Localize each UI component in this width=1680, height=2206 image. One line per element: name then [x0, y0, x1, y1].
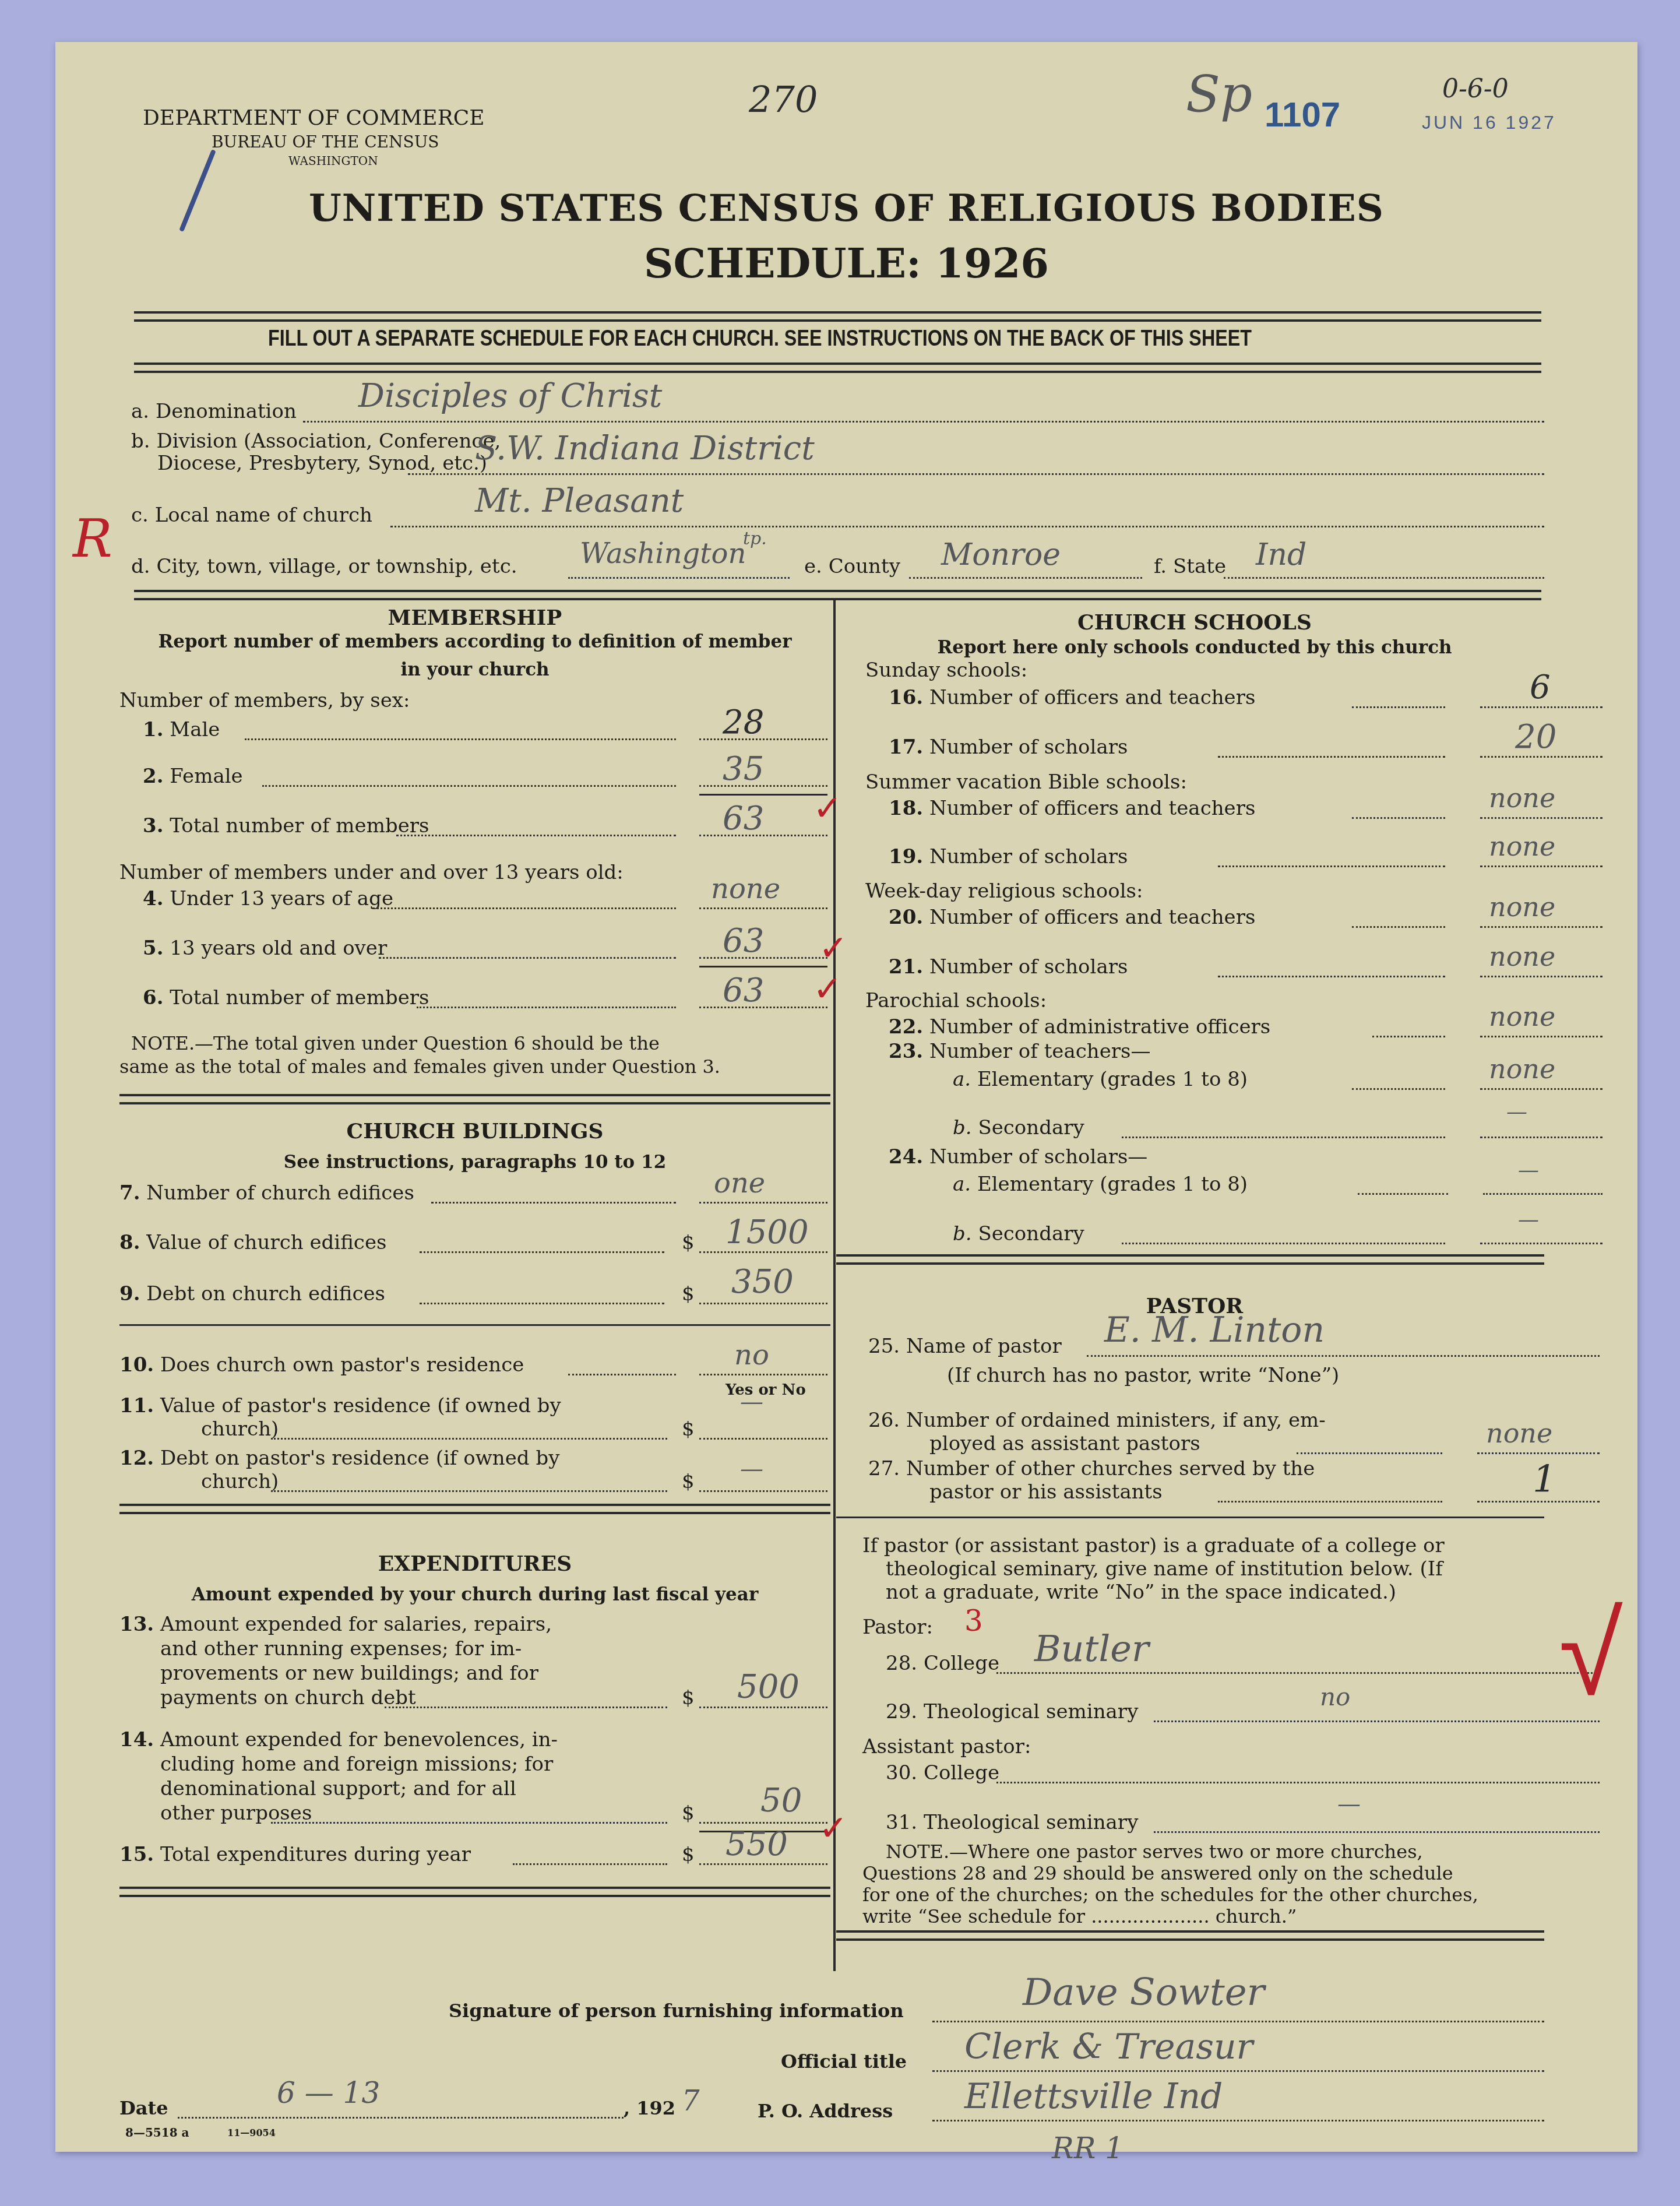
- summer-scholars-field[interactable]: none: [1489, 831, 1555, 862]
- file-number: 270: [749, 78, 818, 121]
- bureau-city: WASHINGTON: [288, 154, 378, 168]
- q2-number: 2.: [143, 765, 164, 788]
- q18-number: 18.: [889, 797, 923, 820]
- form-schedule-year: SCHEDULE: 1926: [55, 239, 1637, 287]
- q27-leader: [1218, 1501, 1442, 1503]
- q22-number: 22.: [889, 1015, 923, 1039]
- q21-number: 21.: [889, 955, 923, 979]
- q16-number: 16.: [889, 686, 923, 709]
- q4-label: Under 13 years of age: [170, 887, 393, 910]
- q4-line: [699, 907, 827, 909]
- graduate-note: If pastor (or assistant pastor) is a gra…: [862, 1534, 1445, 1557]
- q12-label: Debt on pastor's residence (if owned by: [160, 1447, 559, 1470]
- q31-label: 31. Theological seminary: [886, 1811, 1138, 1834]
- q8-number: 8.: [119, 1231, 140, 1254]
- q11-leader: [271, 1438, 667, 1440]
- q7-label: Number of church edifices: [146, 1181, 414, 1205]
- by-sex-label: Number of members, by sex:: [119, 689, 410, 712]
- city-field[interactable]: Washington: [580, 537, 746, 570]
- q2-label: Female: [170, 765, 242, 788]
- q21-line: [1480, 976, 1602, 977]
- po-address-line2-field[interactable]: RR 1: [1052, 2131, 1123, 2165]
- code-annotation: 0-6-0: [1442, 74, 1509, 104]
- city-suffix: tp.: [743, 529, 767, 549]
- parochial-secondary-scholars-field[interactable]: —: [1518, 1208, 1539, 1232]
- form-title: UNITED STATES CENSUS OF RELIGIOUS BODIES: [55, 187, 1637, 230]
- state-label: f. State: [1154, 555, 1226, 578]
- rule-banner-bottom: [134, 363, 1541, 373]
- pastor-college-field[interactable]: Butler: [1034, 1627, 1149, 1670]
- q17-line: [1480, 756, 1602, 758]
- q27-label-cont: pastor or his assistants: [929, 1480, 1163, 1504]
- q19-number: 19.: [889, 845, 923, 868]
- pastor-name-line: [1087, 1355, 1600, 1357]
- q13-leader: [385, 1707, 667, 1708]
- q1-leader: [245, 738, 676, 740]
- q7-line: [699, 1202, 827, 1204]
- q26-leader: [1297, 1452, 1442, 1454]
- q28-label: 28. College: [886, 1652, 999, 1675]
- q13-label: Amount expended for salaries, repairs,: [160, 1613, 552, 1636]
- q8-leader: [420, 1251, 664, 1253]
- q15-number: 15.: [119, 1843, 154, 1866]
- q12-label-cont: church): [201, 1470, 279, 1493]
- sunday-scholars-field[interactable]: 20: [1515, 718, 1556, 756]
- assistant-pastors-field[interactable]: none: [1486, 1417, 1552, 1449]
- q23a-label: Elementary (grades 1 to 8): [977, 1068, 1248, 1091]
- under-13-field[interactable]: none: [711, 872, 780, 905]
- q21-leader: [1218, 976, 1445, 977]
- q24-label: Number of scholars—: [929, 1145, 1147, 1169]
- residence-debt-field[interactable]: —: [740, 1455, 763, 1482]
- q18-leader: [1352, 817, 1445, 819]
- po-address-field[interactable]: Ellettsville Ind: [964, 2076, 1223, 2117]
- pastor-seminary-field[interactable]: no: [1320, 1683, 1350, 1711]
- q6-number: 6.: [143, 986, 164, 1009]
- red-checkmark-icon: √: [1559, 1586, 1623, 1722]
- parochial-elementary-scholars-field[interactable]: —: [1518, 1158, 1539, 1182]
- q30-label: 30. College: [886, 1761, 999, 1785]
- q24a-line: [1483, 1193, 1602, 1195]
- church-edifices-count-field[interactable]: one: [714, 1167, 765, 1199]
- owns-residence-field[interactable]: no: [734, 1339, 769, 1371]
- county-field[interactable]: Monroe: [941, 537, 1061, 572]
- q11-label-cont: church): [201, 1417, 279, 1441]
- rule-expenditures-bottom: [119, 1887, 830, 1897]
- state-field[interactable]: Ind: [1256, 537, 1306, 572]
- q24a-letter: a.: [953, 1173, 971, 1196]
- summer-schools-label: Summer vacation Bible schools:: [865, 770, 1187, 794]
- q13-dollar-sign: $: [682, 1686, 695, 1709]
- stamp-initials: Sp: [1186, 65, 1252, 124]
- male-members-field[interactable]: 28: [723, 703, 764, 741]
- pastor-note-cont-1: Questions 28 and 29 should be answered o…: [862, 1862, 1453, 1885]
- q9-label: Debt on church edifices: [146, 1282, 385, 1306]
- q14-dollar-sign: $: [682, 1802, 695, 1825]
- q9-line: [699, 1303, 827, 1304]
- q20-number: 20.: [889, 906, 923, 929]
- q23b-letter: b.: [953, 1116, 972, 1139]
- q21-label: Number of scholars: [929, 955, 1128, 979]
- q11-number: 11.: [119, 1394, 154, 1417]
- denomination-field[interactable]: Disciples of Christ: [358, 377, 662, 415]
- q23b-leader: [1122, 1137, 1445, 1138]
- print-number: 11—9054: [227, 2127, 276, 2138]
- q14-line: [699, 1822, 827, 1824]
- q8-label: Value of church edifices: [146, 1231, 386, 1254]
- q17-label: Number of scholars: [929, 736, 1128, 759]
- official-title-label: Official title: [781, 2050, 907, 2073]
- q17-number: 17.: [889, 736, 923, 759]
- q14-label-cont-3: other purposes: [160, 1802, 312, 1825]
- signature-line: [932, 2021, 1544, 2022]
- q29-line: [1154, 1721, 1600, 1722]
- q1-label: Male: [170, 718, 220, 741]
- q26-label: 26. Number of ordained ministers, if any…: [868, 1409, 1326, 1432]
- q22-line: [1480, 1036, 1602, 1037]
- q26-label-cont: ployed as assistant pastors: [929, 1432, 1200, 1455]
- q19-line: [1480, 865, 1602, 867]
- edifices-value-field[interactable]: 1500: [725, 1213, 809, 1251]
- q4-number: 4.: [143, 887, 164, 910]
- q16-label: Number of officers and teachers: [929, 686, 1255, 709]
- edifices-debt-field[interactable]: 350: [731, 1263, 794, 1301]
- sunday-officers-field[interactable]: 6: [1530, 669, 1551, 706]
- official-title-line: [932, 2070, 1544, 2072]
- q3-number: 3.: [143, 814, 164, 838]
- total-expenditures-field[interactable]: 550: [725, 1825, 788, 1863]
- q12-line: [699, 1490, 827, 1492]
- membership-note: NOTE.—The total given under Question 6 s…: [131, 1032, 660, 1055]
- parochial-admin-field[interactable]: none: [1489, 1001, 1555, 1032]
- rule-buildings-bottom: [119, 1504, 830, 1514]
- pastor-name-field[interactable]: E. M. Linton: [1104, 1310, 1325, 1350]
- q24b-label: Secondary: [978, 1222, 1084, 1246]
- date-year-field[interactable]: 7: [682, 2085, 700, 2117]
- q24b-line: [1480, 1243, 1602, 1244]
- q14-label-cont-1: cluding home and foreign missions; for: [160, 1753, 553, 1776]
- pastor-note-cont-3: write “See schedule for ................…: [862, 1905, 1297, 1928]
- q22-label: Number of administrative officers: [929, 1015, 1270, 1039]
- assistant-seminary-field[interactable]: —: [1337, 1790, 1361, 1817]
- residence-value-field[interactable]: —: [740, 1388, 763, 1415]
- membership-note-cont: same as the total of males and females g…: [119, 1055, 720, 1078]
- q16-leader: [1352, 706, 1445, 708]
- q13-line: [699, 1707, 827, 1708]
- pastor-subsection-label: Pastor:: [862, 1616, 933, 1639]
- yes-no-hint: Yes or No: [725, 1381, 806, 1399]
- q15-label: Total expenditures during year: [160, 1843, 471, 1866]
- q15-dollar-sign: $: [682, 1843, 695, 1866]
- q24a-leader: [1358, 1193, 1448, 1195]
- q27-label: 27. Number of other churches served by t…: [868, 1457, 1315, 1480]
- date-line: [178, 2117, 624, 2119]
- red-checkmark-icon: ✓: [819, 928, 848, 969]
- local-name-label: c. Local name of church: [131, 504, 372, 527]
- q7-number: 7.: [119, 1181, 140, 1205]
- city-label: d. City, town, village, or township, etc…: [131, 555, 517, 578]
- census-schedule-sheet: 270 Sp 1107 0-6-0 JUN 16 1927 R DEPARTME…: [55, 42, 1637, 2152]
- q16-line: [1480, 706, 1602, 708]
- date-field[interactable]: 6 — 13: [277, 2076, 380, 2110]
- graduate-note-cont-1: theological seminary, give name of insti…: [886, 1557, 1443, 1581]
- division-field[interactable]: S.W. Indiana District: [475, 430, 815, 467]
- q24-number: 24.: [889, 1145, 923, 1169]
- pastor-name-label: 25. Name of pastor: [868, 1335, 1062, 1358]
- q12-leader: [271, 1490, 667, 1492]
- division-label: b. Division (Association, Conference,: [131, 430, 501, 453]
- local-name-field[interactable]: Mt. Pleasant: [475, 482, 684, 520]
- other-churches-field[interactable]: 1: [1533, 1458, 1556, 1501]
- q2-leader: [262, 785, 676, 787]
- q4-leader: [373, 907, 676, 909]
- summer-officers-field[interactable]: none: [1489, 782, 1555, 814]
- assistant-pastor-label: Assistant pastor:: [862, 1735, 1031, 1758]
- q9-dollar-sign: $: [682, 1282, 695, 1306]
- q23b-label: Secondary: [978, 1116, 1084, 1139]
- q24b-leader: [1122, 1243, 1445, 1244]
- q22-leader: [1372, 1036, 1445, 1037]
- form-number: 8—5518 a: [125, 2126, 189, 2140]
- stamp-number: 1107: [1265, 94, 1340, 135]
- county-label: e. County: [804, 555, 900, 578]
- expenditures-heading: EXPENDITURES: [119, 1551, 830, 1576]
- over-13-field[interactable]: 63: [723, 922, 764, 960]
- q8-line: [699, 1251, 827, 1253]
- q5-sum-rule: [699, 966, 827, 967]
- graduate-note-cont-2: not a graduate, write “No” in the space …: [886, 1581, 1396, 1604]
- q13-number: 13.: [119, 1613, 154, 1636]
- q15-line: [699, 1863, 827, 1865]
- membership-heading: MEMBERSHIP: [119, 606, 830, 630]
- q11-line: [699, 1438, 827, 1440]
- q11-dollar-sign: $: [682, 1417, 695, 1441]
- q30-line: [996, 1782, 1600, 1783]
- rule-identity-bottom: [134, 590, 1541, 600]
- red-checkmark-icon: ✓: [819, 1808, 848, 1849]
- q12-dollar-sign: $: [682, 1470, 695, 1493]
- q10-line: [699, 1374, 827, 1375]
- rule-schools-bottom: [836, 1254, 1544, 1265]
- margin-r-mark: R: [73, 508, 112, 569]
- q13-label-cont-3: payments on church debt: [160, 1686, 416, 1709]
- date-year-prefix: , 192: [624, 2096, 675, 2120]
- expenditures-subheading: Amount expended by your church during la…: [119, 1581, 830, 1609]
- schools-heading: CHURCH SCHOOLS: [839, 610, 1550, 635]
- q10-number: 10.: [119, 1353, 154, 1377]
- department-name: DEPARTMENT OF COMMERCE: [143, 106, 485, 130]
- instructions-banner: FILL OUT A SEPARATE SCHEDULE FOR EACH CH…: [268, 326, 1252, 351]
- age-group-label: Number of members under and over 13 year…: [119, 861, 624, 884]
- county-line: [909, 577, 1142, 579]
- q20-label: Number of officers and teachers: [929, 906, 1255, 929]
- parochial-secondary-teachers-field[interactable]: —: [1506, 1100, 1527, 1124]
- pastor-note-cont-2: for one of the churches; on the schedule…: [862, 1883, 1478, 1906]
- q20-leader: [1352, 926, 1445, 928]
- q10-label: Does church own pastor's residence: [160, 1353, 524, 1377]
- denomination-label: a. Denomination: [131, 400, 297, 423]
- sunday-schools-label: Sunday schools:: [865, 659, 1027, 682]
- po-address-label: P. O. Address: [758, 2099, 893, 2123]
- rule-pastor-mid: [836, 1517, 1544, 1518]
- q29-label: 29. Theological seminary: [886, 1700, 1138, 1723]
- q26-line: [1477, 1452, 1600, 1454]
- q7-leader: [431, 1202, 676, 1204]
- q3-leader: [396, 835, 676, 836]
- signature-field[interactable]: Dave Sowter: [1023, 1971, 1265, 2014]
- city-line: [568, 577, 790, 579]
- parochial-schools-label: Parochial schools:: [865, 989, 1047, 1012]
- total-members-by-age-field[interactable]: 63: [723, 972, 764, 1009]
- q14-number: 14.: [119, 1728, 154, 1751]
- q17-leader: [1218, 756, 1445, 758]
- po-address-line: [932, 2120, 1544, 2121]
- q23b-line: [1480, 1137, 1602, 1138]
- received-date-stamp: JUN 16 1927: [1422, 112, 1556, 133]
- red-checkmark-icon: ✓: [813, 788, 842, 829]
- signature-label: Signature of person furnishing informati…: [449, 1999, 904, 2022]
- college-code-annotation: 3: [964, 1604, 983, 1638]
- q13-label-cont-2: provements or new buildings; and for: [160, 1662, 538, 1685]
- q3-label: Total number of members: [170, 814, 429, 838]
- q14-leader: [271, 1822, 667, 1824]
- parochial-elementary-teachers-field[interactable]: none: [1489, 1053, 1555, 1085]
- q28-line: [996, 1672, 1600, 1674]
- q14-label-cont-2: denominational support; and for all: [160, 1777, 516, 1800]
- q12-number: 12.: [119, 1447, 154, 1470]
- q23a-letter: a.: [953, 1068, 971, 1091]
- q24a-label: Elementary (grades 1 to 8): [977, 1173, 1248, 1196]
- weekday-officers-field[interactable]: none: [1489, 891, 1555, 923]
- denomination-line: [303, 421, 1544, 423]
- pastor-name-hint: (If church has no pastor, write “None”): [947, 1364, 1339, 1387]
- pastor-note: NOTE.—Where one pastor serves two or mor…: [886, 1840, 1423, 1863]
- q5-label: 13 years old and over: [170, 937, 387, 960]
- membership-subheading: Report number of members according to de…: [154, 628, 795, 684]
- buildings-heading: CHURCH BUILDINGS: [119, 1119, 830, 1144]
- q23-label: Number of teachers—: [929, 1040, 1151, 1063]
- rule-top: [134, 311, 1541, 322]
- q8-dollar-sign: $: [682, 1231, 695, 1254]
- q23a-leader: [1352, 1088, 1445, 1090]
- q19-label: Number of scholars: [929, 845, 1128, 868]
- q1-number: 1.: [143, 718, 164, 741]
- q23a-line: [1480, 1088, 1602, 1090]
- q6-leader: [417, 1007, 676, 1008]
- running-expenses-field[interactable]: 500: [737, 1668, 800, 1706]
- q18-line: [1480, 817, 1602, 819]
- red-checkmark-icon: ✓: [813, 969, 842, 1009]
- bureau-name: BUREAU OF THE CENSUS: [212, 132, 439, 152]
- q9-leader: [420, 1303, 664, 1304]
- q31-line: [1154, 1831, 1600, 1833]
- rule-pastor-bottom: [836, 1930, 1544, 1941]
- q18-label: Number of officers and teachers: [929, 797, 1255, 820]
- official-title-field[interactable]: Clerk & Treasur: [964, 2026, 1253, 2067]
- division-label-cont: Diocese, Presbytery, Synod, etc.): [157, 452, 487, 475]
- q13-label-cont-1: and other running expenses; for im-: [160, 1637, 522, 1660]
- weekday-scholars-field[interactable]: none: [1489, 941, 1555, 972]
- q19-leader: [1218, 865, 1445, 867]
- q6-label: Total number of members: [170, 986, 429, 1009]
- rule-buildings-mid: [119, 1324, 830, 1326]
- division-line: [408, 473, 1544, 475]
- q9-number: 9.: [119, 1282, 140, 1306]
- rule-membership-bottom: [119, 1094, 830, 1104]
- local-name-line: [390, 526, 1544, 527]
- q5-number: 5.: [143, 937, 164, 960]
- q15-leader: [513, 1863, 667, 1865]
- weekday-schools-label: Week-day religious schools:: [865, 879, 1143, 903]
- total-members-field[interactable]: 63: [723, 800, 764, 838]
- state-line: [1224, 577, 1544, 579]
- female-members-field[interactable]: 35: [723, 750, 764, 788]
- date-label: Date: [119, 2096, 168, 2120]
- schools-subheading: Report here only schools conducted by th…: [839, 634, 1550, 662]
- q20-line: [1480, 926, 1602, 928]
- q24b-letter: b.: [953, 1222, 972, 1246]
- q5-leader: [379, 957, 676, 959]
- q23-number: 23.: [889, 1040, 923, 1063]
- q2-sum-rule: [699, 794, 827, 796]
- q10-leader: [568, 1374, 676, 1375]
- q14-label: Amount expended for benevolences, in-: [160, 1728, 558, 1751]
- benevolences-field[interactable]: 50: [760, 1782, 802, 1820]
- q11-label: Value of pastor's residence (if owned by: [160, 1394, 561, 1417]
